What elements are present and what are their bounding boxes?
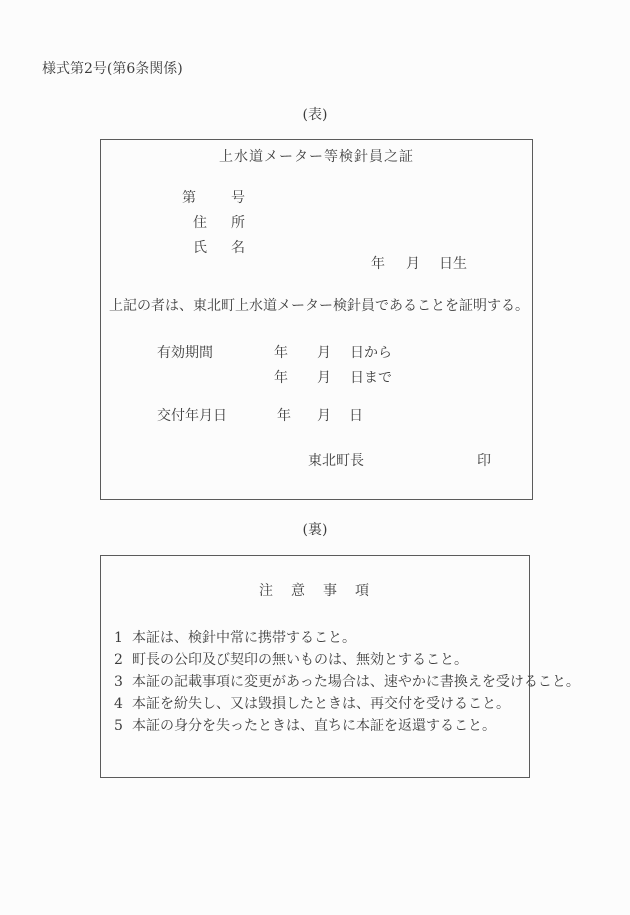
notice-item-text: 本証を紛失し、又は毀損したときは、再交付を受けること。	[132, 696, 510, 712]
notice-item-text: 本証の身分を失ったときは、直ちに本証を返還すること。	[132, 718, 496, 734]
address-label-char2: 所	[231, 216, 245, 230]
notice-item-1: 1本証は、検針中常に携帯すること。	[114, 631, 356, 645]
notice-item-number: 3	[114, 675, 132, 689]
name-label-char2: 名	[231, 241, 245, 255]
notice-item-text: 本証は、検針中常に携帯すること。	[132, 630, 356, 646]
certificate-number-suffix: 号	[231, 191, 245, 205]
name-label-char1: 氏	[193, 241, 207, 255]
front-side-label: (表)	[0, 108, 630, 122]
notice-item-3: 3本証の記載事項に変更があった場合は、速やかに書換えを受けること。	[114, 675, 580, 689]
notice-item-number: 1	[114, 631, 132, 645]
issue-day-label: 日	[349, 409, 363, 423]
birth-year-label: 年	[371, 257, 385, 271]
validity-from-year-label: 年	[274, 346, 288, 360]
certificate-title: 上水道メーター等検針員之証	[101, 150, 532, 164]
issue-month-label: 月	[317, 409, 331, 423]
validity-to-year-label: 年	[274, 371, 288, 385]
notice-item-text: 町長の公印及び契印の無いものは、無効とすること。	[132, 652, 468, 668]
birth-day-label: 日生	[439, 257, 467, 271]
address-label-char1: 住	[193, 216, 207, 230]
validity-to-month-label: 月	[317, 371, 331, 385]
notice-item-5: 5本証の身分を失ったときは、直ちに本証を返還すること。	[114, 719, 496, 733]
notice-item-number: 4	[114, 697, 132, 711]
notice-title: 注 意 事 項	[101, 584, 529, 598]
form-number-label: 様式第2号(第6条関係)	[42, 62, 183, 76]
notice-item-2: 2町長の公印及び契印の無いものは、無効とすること。	[114, 653, 468, 667]
back-side-label: (裏)	[0, 523, 630, 537]
issue-year-label: 年	[277, 409, 291, 423]
seal-placeholder: 印	[477, 454, 491, 468]
notice-item-number: 2	[114, 653, 132, 667]
certification-statement: 上記の者は、東北町上水道メーター検針員であることを証明する。	[109, 299, 529, 313]
validity-period-label: 有効期間	[157, 346, 213, 360]
issue-date-label: 交付年月日	[157, 409, 227, 423]
validity-to-day-label: 日まで	[350, 371, 392, 385]
certificate-number-prefix: 第	[182, 191, 196, 205]
back-card: 注 意 事 項 1本証は、検針中常に携帯すること。 2町長の公印及び契印の無いも…	[100, 555, 530, 778]
document-page: 様式第2号(第6条関係) (表) 上水道メーター等検針員之証 第 号 住 所 氏…	[0, 0, 630, 915]
issuer-name: 東北町長	[308, 454, 364, 468]
birth-month-label: 月	[406, 257, 420, 271]
validity-from-month-label: 月	[317, 346, 331, 360]
front-card: 上水道メーター等検針員之証 第 号 住 所 氏 名 年 月 日生 上記の者は、東…	[100, 139, 533, 500]
notice-item-4: 4本証を紛失し、又は毀損したときは、再交付を受けること。	[114, 697, 510, 711]
notice-item-text: 本証の記載事項に変更があった場合は、速やかに書換えを受けること。	[132, 674, 580, 690]
validity-from-day-label: 日から	[350, 346, 392, 360]
notice-item-number: 5	[114, 719, 132, 733]
